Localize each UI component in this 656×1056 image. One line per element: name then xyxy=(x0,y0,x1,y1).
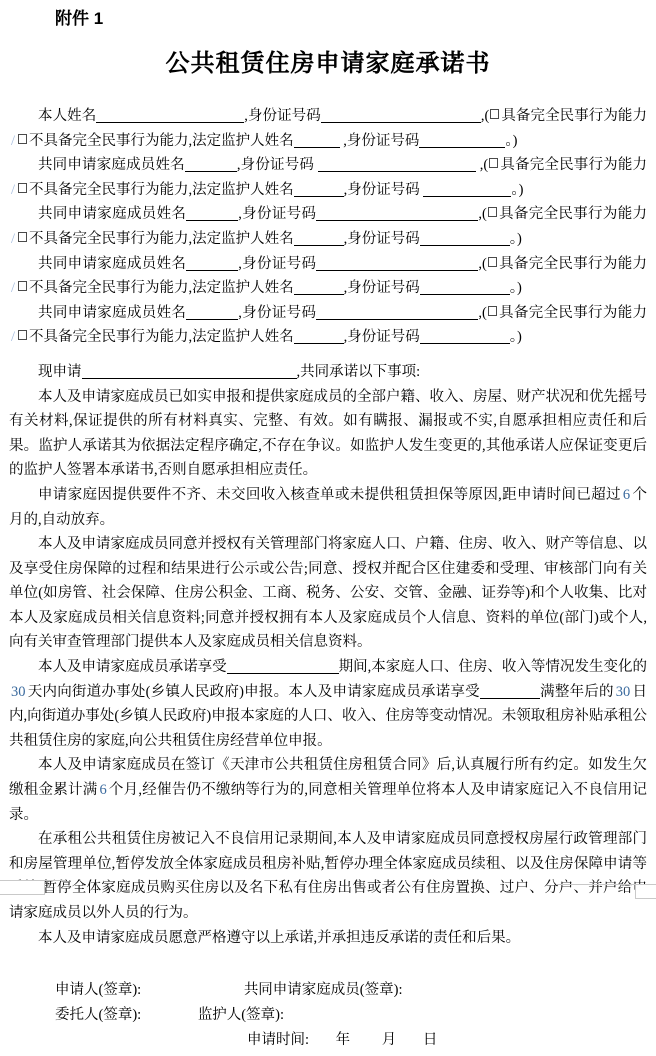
text-run: 本人及申请家庭成员同意并授权有关管理部门将家庭人口、户籍、住房、收入、财产等信息… xyxy=(9,536,647,650)
text-run: 。) xyxy=(511,182,523,198)
text-run: ,身份证号码 xyxy=(238,256,316,272)
checkbox-icon xyxy=(18,232,27,242)
text-run: 本人及申请家庭成员已如实申报和提供家庭成员的全部户籍、收入、房屋、财产状况和优先… xyxy=(9,389,647,479)
trustee-signature-label: 委托人(签章): xyxy=(55,1007,141,1023)
commitment-paragraph: 本人及申请家庭成员在签订《天津市公共租赁住房租赁合同》后,认真履行所有约定。如发… xyxy=(9,753,647,827)
text-run: 满整年后的 xyxy=(540,684,614,700)
checkbox-icon xyxy=(18,183,27,193)
blank-underline-field xyxy=(186,257,238,271)
text-run: 不具备完全民事行为能力,法定监护人姓名 xyxy=(29,231,294,247)
checkbox-icon xyxy=(490,109,499,119)
page-boundary-line-right xyxy=(556,884,636,885)
text-run: 不具备完全民事行为能力,法定监护人姓名 xyxy=(29,280,294,296)
form-block-paragraph: 共同申请家庭成员姓名,身份证号码 ,(具备完全民事行为能力 /不具备完全民事行为… xyxy=(9,153,647,202)
text-run: ,身份证号码 xyxy=(237,157,318,173)
blank-underline-field xyxy=(318,158,476,172)
text-run: 不具备完全民事行为能力,法定监护人姓名 xyxy=(29,329,294,345)
blank-underline-field xyxy=(96,109,244,123)
blank-underline-field xyxy=(294,134,340,148)
co-applicant-signature-label: 共同申请家庭成员(签章): xyxy=(244,982,403,998)
guardian-signature-label: 监护人(签章): xyxy=(198,1007,284,1023)
text-run: ,身份证号码 xyxy=(244,108,321,124)
signature-row-1: 申请人(签章): 共同申请家庭成员(签章): xyxy=(18,978,638,1003)
blank-underline-field xyxy=(480,685,540,699)
text-run: 。) xyxy=(510,329,522,345)
text-run: 。) xyxy=(505,133,517,149)
blank-underline-field xyxy=(186,306,238,320)
text-run: 申请家庭因提供要件不齐、未交回收入核查单或未提供租赁担保等原因,距申请时间已超过 xyxy=(38,487,621,503)
checkbox-icon xyxy=(18,281,27,291)
month-label: 月 xyxy=(382,1032,397,1048)
blank-underline-field xyxy=(82,365,297,379)
day-label: 日 xyxy=(423,1032,438,1048)
form-block-paragraph: 共同申请家庭成员姓名,身份证号码,(具备完全民事行为能力 /不具备完全民事行为能… xyxy=(9,202,647,251)
page-boundary-mark-right xyxy=(635,884,656,899)
highlighted-number: 30 xyxy=(9,684,28,700)
text-run: 共同申请家庭成员姓名 xyxy=(38,305,186,321)
slash-separator: / xyxy=(9,133,17,149)
text-run: 具备完全民事行为能力 xyxy=(501,108,647,124)
applicant-form-section: 本人姓名,身份证号码,(具备完全民事行为能力 /不具备完全民事行为能力,法定监护… xyxy=(9,104,647,350)
text-run: 具备完全民事行为能力 xyxy=(499,206,647,222)
text-run: 天内向街道办事处(乡镇人民政府)申报。本人及申请家庭成员承诺享受 xyxy=(28,684,480,700)
blank-underline-field xyxy=(321,109,481,123)
text-run: ,( xyxy=(478,256,486,272)
text-run: ,身份证号码 xyxy=(344,329,420,345)
checkbox-icon xyxy=(489,158,498,168)
blank-underline-field xyxy=(294,183,344,197)
text-run: 共同申请家庭成员姓名 xyxy=(38,256,186,272)
page-title: 公共租赁住房申请家庭承诺书 xyxy=(0,48,656,80)
commitment-paragraph: 本人及申请家庭成员同意并授权有关管理部门将家庭人口、户籍、住房、收入、财产等信息… xyxy=(9,532,647,655)
text-run: 现申请 xyxy=(38,364,82,380)
text-run: ,身份证号码 xyxy=(238,305,316,321)
blank-underline-field xyxy=(227,660,339,674)
form-block-paragraph: 本人姓名,身份证号码,(具备完全民事行为能力 /不具备完全民事行为能力,法定监护… xyxy=(9,104,647,153)
text-run: 在承租公共租赁住房被记入不良信用记录期间,本人及申请家庭成员同意授权房屋行政管理… xyxy=(9,831,647,921)
text-run: 具备完全民事行为能力 xyxy=(499,256,647,272)
text-run: 不具备完全民事行为能力,法定监护人姓名 xyxy=(29,133,294,149)
commitment-paragraphs-section: 现申请,共同承诺以下事项:本人及申请家庭成员已如实申报和提供家庭成员的全部户籍、… xyxy=(9,360,647,950)
document-page: 附件 1 公共租赁住房申请家庭承诺书 本人姓名,身份证号码,(具备完全民事行为能… xyxy=(0,0,656,1056)
blank-underline-field xyxy=(316,257,478,271)
text-run: 具备完全民事行为能力 xyxy=(499,305,647,321)
blank-underline-field xyxy=(419,134,505,148)
page-boundary-mark-left xyxy=(0,880,45,895)
checkbox-icon xyxy=(488,257,497,267)
text-run: 。) xyxy=(510,280,522,296)
application-date-label: 申请时间: xyxy=(247,1032,309,1048)
slash-separator: / xyxy=(9,329,17,345)
commitment-paragraph: 本人及申请家庭成员承诺享受期间,本家庭人口、住房、收入等情况发生变化的30天内向… xyxy=(9,655,647,753)
highlighted-number: 6 xyxy=(97,782,108,798)
text-run: 。) xyxy=(510,231,522,247)
slash-separator: / xyxy=(9,231,17,247)
text-run: 共同申请家庭成员姓名 xyxy=(38,157,185,173)
text-run: 期间,本家庭人口、住房、收入等情况发生变化的 xyxy=(339,659,647,675)
text-run: ,身份证号码 xyxy=(238,206,316,222)
applicant-signature-label: 申请人(签章): xyxy=(55,982,141,998)
form-block-paragraph: 共同申请家庭成员姓名,身份证号码,(具备完全民事行为能力 /不具备完全民事行为能… xyxy=(9,252,647,301)
blank-underline-field xyxy=(294,232,344,246)
blank-underline-field xyxy=(420,232,510,246)
blank-underline-field xyxy=(420,281,510,295)
blank-underline-field xyxy=(185,158,237,172)
checkbox-icon xyxy=(18,134,27,144)
text-run: ,( xyxy=(476,157,488,173)
blank-underline-field xyxy=(186,207,238,221)
text-run: 本人姓名 xyxy=(38,108,96,124)
slash-separator: / xyxy=(9,182,17,198)
blank-underline-field xyxy=(423,183,511,197)
blank-underline-field xyxy=(316,306,478,320)
attachment-label: 附件 1 xyxy=(0,0,656,30)
commitment-paragraph: 在承租公共租赁住房被记入不良信用记录期间,本人及申请家庭成员同意授权房屋行政管理… xyxy=(9,827,647,925)
blank-underline-field xyxy=(420,330,510,344)
text-run: ,身份证号码 xyxy=(344,231,420,247)
checkbox-icon xyxy=(488,207,497,217)
blank-underline-field xyxy=(316,207,478,221)
page-boundary-line-left xyxy=(44,880,66,881)
text-run: ,身份证号码 xyxy=(340,133,420,149)
checkbox-icon xyxy=(18,330,27,340)
document-body: 本人姓名,身份证号码,(具备完全民事行为能力 /不具备完全民事行为能力,法定监护… xyxy=(0,104,656,1053)
text-run: 不具备完全民事行为能力,法定监护人姓名 xyxy=(29,182,294,198)
text-run: ,身份证号码 xyxy=(344,182,424,198)
checkbox-icon xyxy=(488,306,497,316)
text-run: ,( xyxy=(478,206,486,222)
text-run: ,身份证号码 xyxy=(344,280,420,296)
highlighted-number: 6 xyxy=(621,487,632,503)
text-run: 本人及申请家庭成员愿意严格遵守以上承诺,并承担违反承诺的责任和后果。 xyxy=(38,930,520,946)
year-label: 年 xyxy=(336,1032,351,1048)
highlighted-number: 30 xyxy=(614,684,633,700)
commitment-paragraph: 申请家庭因提供要件不齐、未交回收入核查单或未提供租赁担保等原因,距申请时间已超过… xyxy=(9,483,647,532)
text-run: 共同申请家庭成员姓名 xyxy=(38,206,186,222)
blank-underline-field xyxy=(294,330,344,344)
signature-section: 申请人(签章): 共同申请家庭成员(签章): 委托人(签章): 监护人(签章):… xyxy=(9,978,647,1053)
text-run: ,共同承诺以下事项: xyxy=(297,364,421,380)
commitment-paragraph: 本人及申请家庭成员愿意严格遵守以上承诺,并承担违反承诺的责任和后果。 xyxy=(9,926,647,951)
blank-underline-field xyxy=(294,281,344,295)
slash-separator: / xyxy=(9,280,17,296)
form-block-paragraph: 共同申请家庭成员姓名,身份证号码,(具备完全民事行为能力 /不具备完全民事行为能… xyxy=(9,301,647,350)
signature-row-3: 申请时间: 年 月 日 xyxy=(18,1028,638,1053)
commitment-paragraph: 现申请,共同承诺以下事项: xyxy=(9,360,647,385)
text-run: 具备完全民事行为能力 xyxy=(500,157,647,173)
commitment-paragraph: 本人及申请家庭成员已如实申报和提供家庭成员的全部户籍、收入、房屋、财产状况和优先… xyxy=(9,385,647,483)
text-run: 本人及申请家庭成员承诺享受 xyxy=(38,659,227,675)
signature-row-2: 委托人(签章): 监护人(签章): xyxy=(18,1003,638,1028)
text-run: ,( xyxy=(481,108,489,124)
text-run: ,( xyxy=(478,305,486,321)
